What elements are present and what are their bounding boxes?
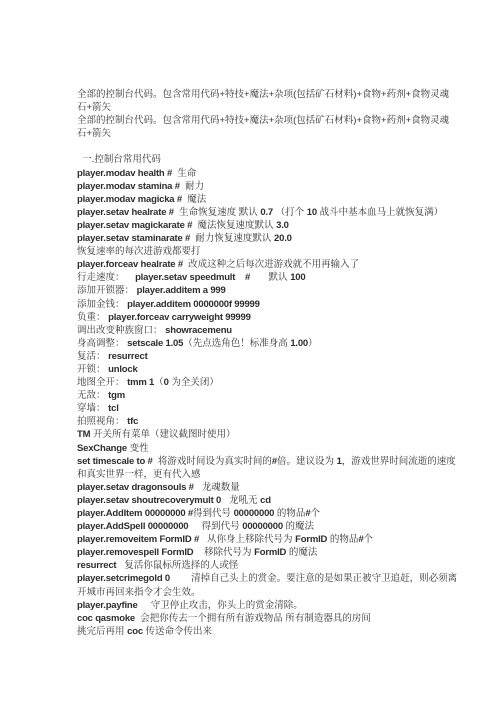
doc-line: 和真实世界一样，更有代入感 bbox=[77, 468, 443, 481]
doc-line: player.setcrimegold 0 清掉自己头上的赏金。要注意的是如果正… bbox=[77, 572, 443, 585]
command-text: 00000000 bbox=[242, 521, 283, 532]
command-text: player.additem 0000000f 99999 bbox=[127, 299, 260, 310]
command-text: player.removespell FormID bbox=[77, 547, 193, 558]
doc-line bbox=[77, 140, 443, 153]
doc-line: coc qasmoke 会把你传去一个拥有所有游戏物品 所有制造器具的房间 bbox=[77, 612, 443, 625]
command-text: player.setav healrate # bbox=[77, 207, 174, 218]
command-text: FormID bbox=[254, 547, 286, 558]
command-text: 0 bbox=[164, 377, 169, 388]
document-page: 全部的控制台代码。包含常用代码+特技+魔法+杂项(包括矿石材料)+食物+药剂+食… bbox=[0, 0, 500, 708]
doc-line: 恢复速率的每次进游戏都要打 bbox=[77, 245, 443, 258]
command-text: # bbox=[305, 508, 310, 519]
command-text: player.setav speedmult # bbox=[135, 272, 250, 283]
command-text: coc qasmoke bbox=[77, 613, 135, 624]
command-text: player.setav dragonsouls # bbox=[77, 482, 194, 493]
doc-line: player.payfine 守卫停止攻击，你头上的赏金清除。 bbox=[77, 599, 443, 612]
command-text: player.setav shoutrecoverymult 0 bbox=[77, 495, 221, 506]
command-text: 0.7 bbox=[260, 207, 273, 218]
command-text: 00000000 bbox=[234, 508, 275, 519]
doc-line: player.removespell FormID 移除代号为 FormID 的… bbox=[77, 546, 443, 559]
doc-line: SexChange 变性 bbox=[77, 442, 443, 455]
command-text: player.AddItem 00000000 # bbox=[77, 508, 193, 519]
doc-line: player.forceav healrate # 改成这种之后每次进游戏就不用… bbox=[77, 258, 443, 271]
doc-line: 开城市再回来指令才会生效。 bbox=[77, 586, 443, 599]
command-text: 3.0 bbox=[276, 220, 289, 231]
doc-line: 石+箭矢 bbox=[77, 101, 443, 114]
command-text: SexChange bbox=[77, 443, 127, 454]
command-text: 1.00 bbox=[290, 338, 308, 349]
doc-line: 调出改变种族窗口： showracemenu bbox=[77, 324, 443, 337]
doc-line: 石+箭矢 bbox=[77, 127, 443, 140]
doc-line: 无敌： tgm bbox=[77, 389, 443, 402]
command-text: 1 bbox=[337, 456, 342, 467]
doc-line: player.setav staminarate # 耐力恢复速度默认 20.0 bbox=[77, 232, 443, 245]
command-text: player.setcrimegold 0 bbox=[77, 573, 170, 584]
doc-line: 一.控制台常用代码 bbox=[77, 153, 443, 166]
doc-line: 行走速度： player.setav speedmult # 默认 100 bbox=[77, 271, 443, 284]
doc-line: set timescale to # 将游戏时间设为真实时间的#倍。建议设为 1… bbox=[77, 455, 443, 468]
doc-line: player.setav dragonsouls # 龙魂数量 bbox=[77, 481, 443, 494]
doc-line: player.setav magickarate # 魔法恢复速度默认 3.0 bbox=[77, 219, 443, 232]
command-text: tmm 1 bbox=[127, 377, 154, 388]
doc-line: player.removeitem FormID # 从你身上移除代号为 For… bbox=[77, 533, 443, 546]
command-text: TM bbox=[77, 429, 90, 440]
command-text: player.additem a 999 bbox=[137, 285, 226, 296]
doc-line: TM 开关所有菜单（建议截图时使用） bbox=[77, 428, 443, 441]
command-text: player.forceav carryweight 99999 bbox=[108, 312, 251, 323]
doc-line: 全部的控制台代码。包含常用代码+特技+魔法+杂项(包括矿石材料)+食物+药剂+食… bbox=[77, 114, 443, 127]
doc-line: player.modav health # 生命 bbox=[77, 167, 443, 180]
doc-line: player.modav magicka # 魔法 bbox=[77, 193, 443, 206]
command-text: resurrect bbox=[77, 560, 116, 571]
command-text: set timescale to # bbox=[77, 456, 153, 467]
command-text: player.forceav healrate # bbox=[77, 259, 183, 270]
doc-line: 全部的控制台代码。包含常用代码+特技+魔法+杂项(包括矿石材料)+食物+药剂+食… bbox=[77, 88, 443, 101]
doc-line: 负重： player.forceav carryweight 99999 bbox=[77, 311, 443, 324]
command-text: FormID bbox=[295, 534, 327, 545]
doc-line: 复活： resurrect bbox=[77, 350, 443, 363]
command-text: 20.0 bbox=[274, 233, 292, 244]
command-text: player.modav magicka # bbox=[77, 194, 182, 205]
command-text: setscale 1.05 bbox=[127, 338, 183, 349]
command-text: # bbox=[272, 456, 277, 467]
command-text: coc bbox=[127, 626, 143, 637]
command-text: resurrect bbox=[108, 351, 147, 362]
command-text: cd bbox=[260, 495, 271, 506]
command-text: player.modav health # bbox=[77, 168, 172, 179]
doc-line: resurrect 复活你鼠标所选择的人或怪 bbox=[77, 559, 443, 572]
doc-line: 挑完后再用 coc 传送命令传出来 bbox=[77, 625, 443, 638]
doc-line: player.setav healrate # 生命恢复速度 默认 0.7 （打… bbox=[77, 206, 443, 219]
command-text: unlock bbox=[108, 364, 137, 375]
command-text: player.removeitem FormID # bbox=[77, 534, 199, 545]
command-text: tfc bbox=[127, 416, 138, 427]
doc-line: player.AddItem 00000000 #得到代号 00000000 的… bbox=[77, 507, 443, 520]
doc-line: player.modav stamina # 耐力 bbox=[77, 180, 443, 193]
command-text: # bbox=[358, 534, 363, 545]
command-text: player.setav magickarate # bbox=[77, 220, 192, 231]
doc-line: 添加金钱： player.additem 0000000f 99999 bbox=[77, 298, 443, 311]
command-text: player.AddSpell 00000000 bbox=[77, 521, 188, 532]
command-text: showracemenu bbox=[165, 325, 232, 336]
command-text: player.setav staminarate # bbox=[77, 233, 190, 244]
doc-line: 开锁： unlock bbox=[77, 363, 443, 376]
doc-line: 添加开锁器： player.additem a 999 bbox=[77, 284, 443, 297]
command-text: tgm bbox=[108, 390, 125, 401]
command-text: 100 bbox=[290, 272, 305, 283]
doc-line: 地图全开： tmm 1（0 为全关闭） bbox=[77, 376, 443, 389]
command-text: player.modav stamina # bbox=[77, 181, 180, 192]
doc-line: 穿墙： tcl bbox=[77, 402, 443, 415]
command-text: 10 bbox=[307, 207, 317, 218]
doc-line: player.setav shoutrecoverymult 0 龙吼无 cd bbox=[77, 494, 443, 507]
command-text: player.payfine bbox=[77, 600, 138, 611]
doc-line: 拍照视角： tfc bbox=[77, 415, 443, 428]
doc-lines: 全部的控制台代码。包含常用代码+特技+魔法+杂项(包括矿石材料)+食物+药剂+食… bbox=[77, 88, 443, 638]
doc-line: 身高调整： setscale 1.05（先点选角色！标准身高 1.00） bbox=[77, 337, 443, 350]
command-text: tcl bbox=[108, 403, 119, 414]
doc-line: player.AddSpell 00000000 得到代号 00000000 的… bbox=[77, 520, 443, 533]
